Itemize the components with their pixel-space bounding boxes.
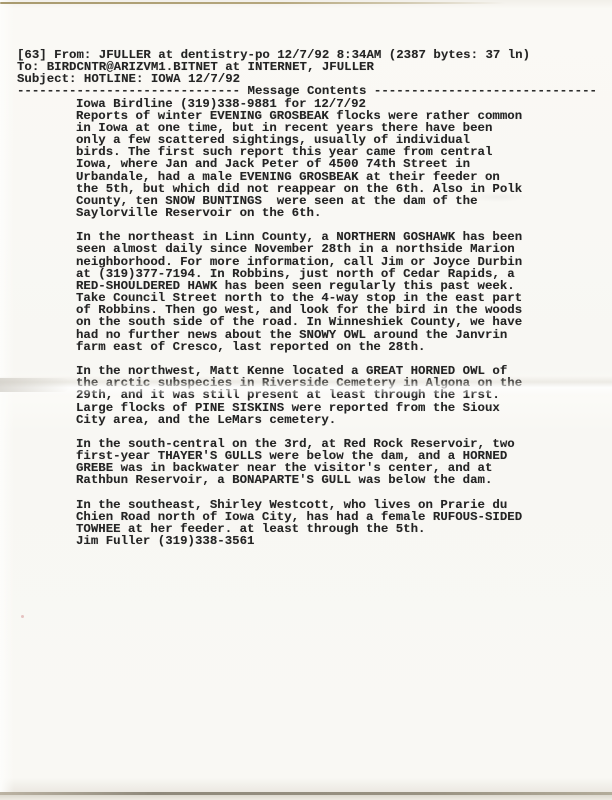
paper-speck	[21, 615, 24, 618]
paper-bottom-edge	[0, 792, 612, 795]
email-body-text: Iowa Birdline (319)338-9881 for 12/7/92 …	[76, 98, 522, 548]
paper-top-edge	[0, 2, 505, 4]
email-header-text: [63] From: JFULLER at dentistry-po 12/7/…	[17, 49, 597, 98]
scanned-page: [63] From: JFULLER at dentistry-po 12/7/…	[0, 0, 612, 800]
